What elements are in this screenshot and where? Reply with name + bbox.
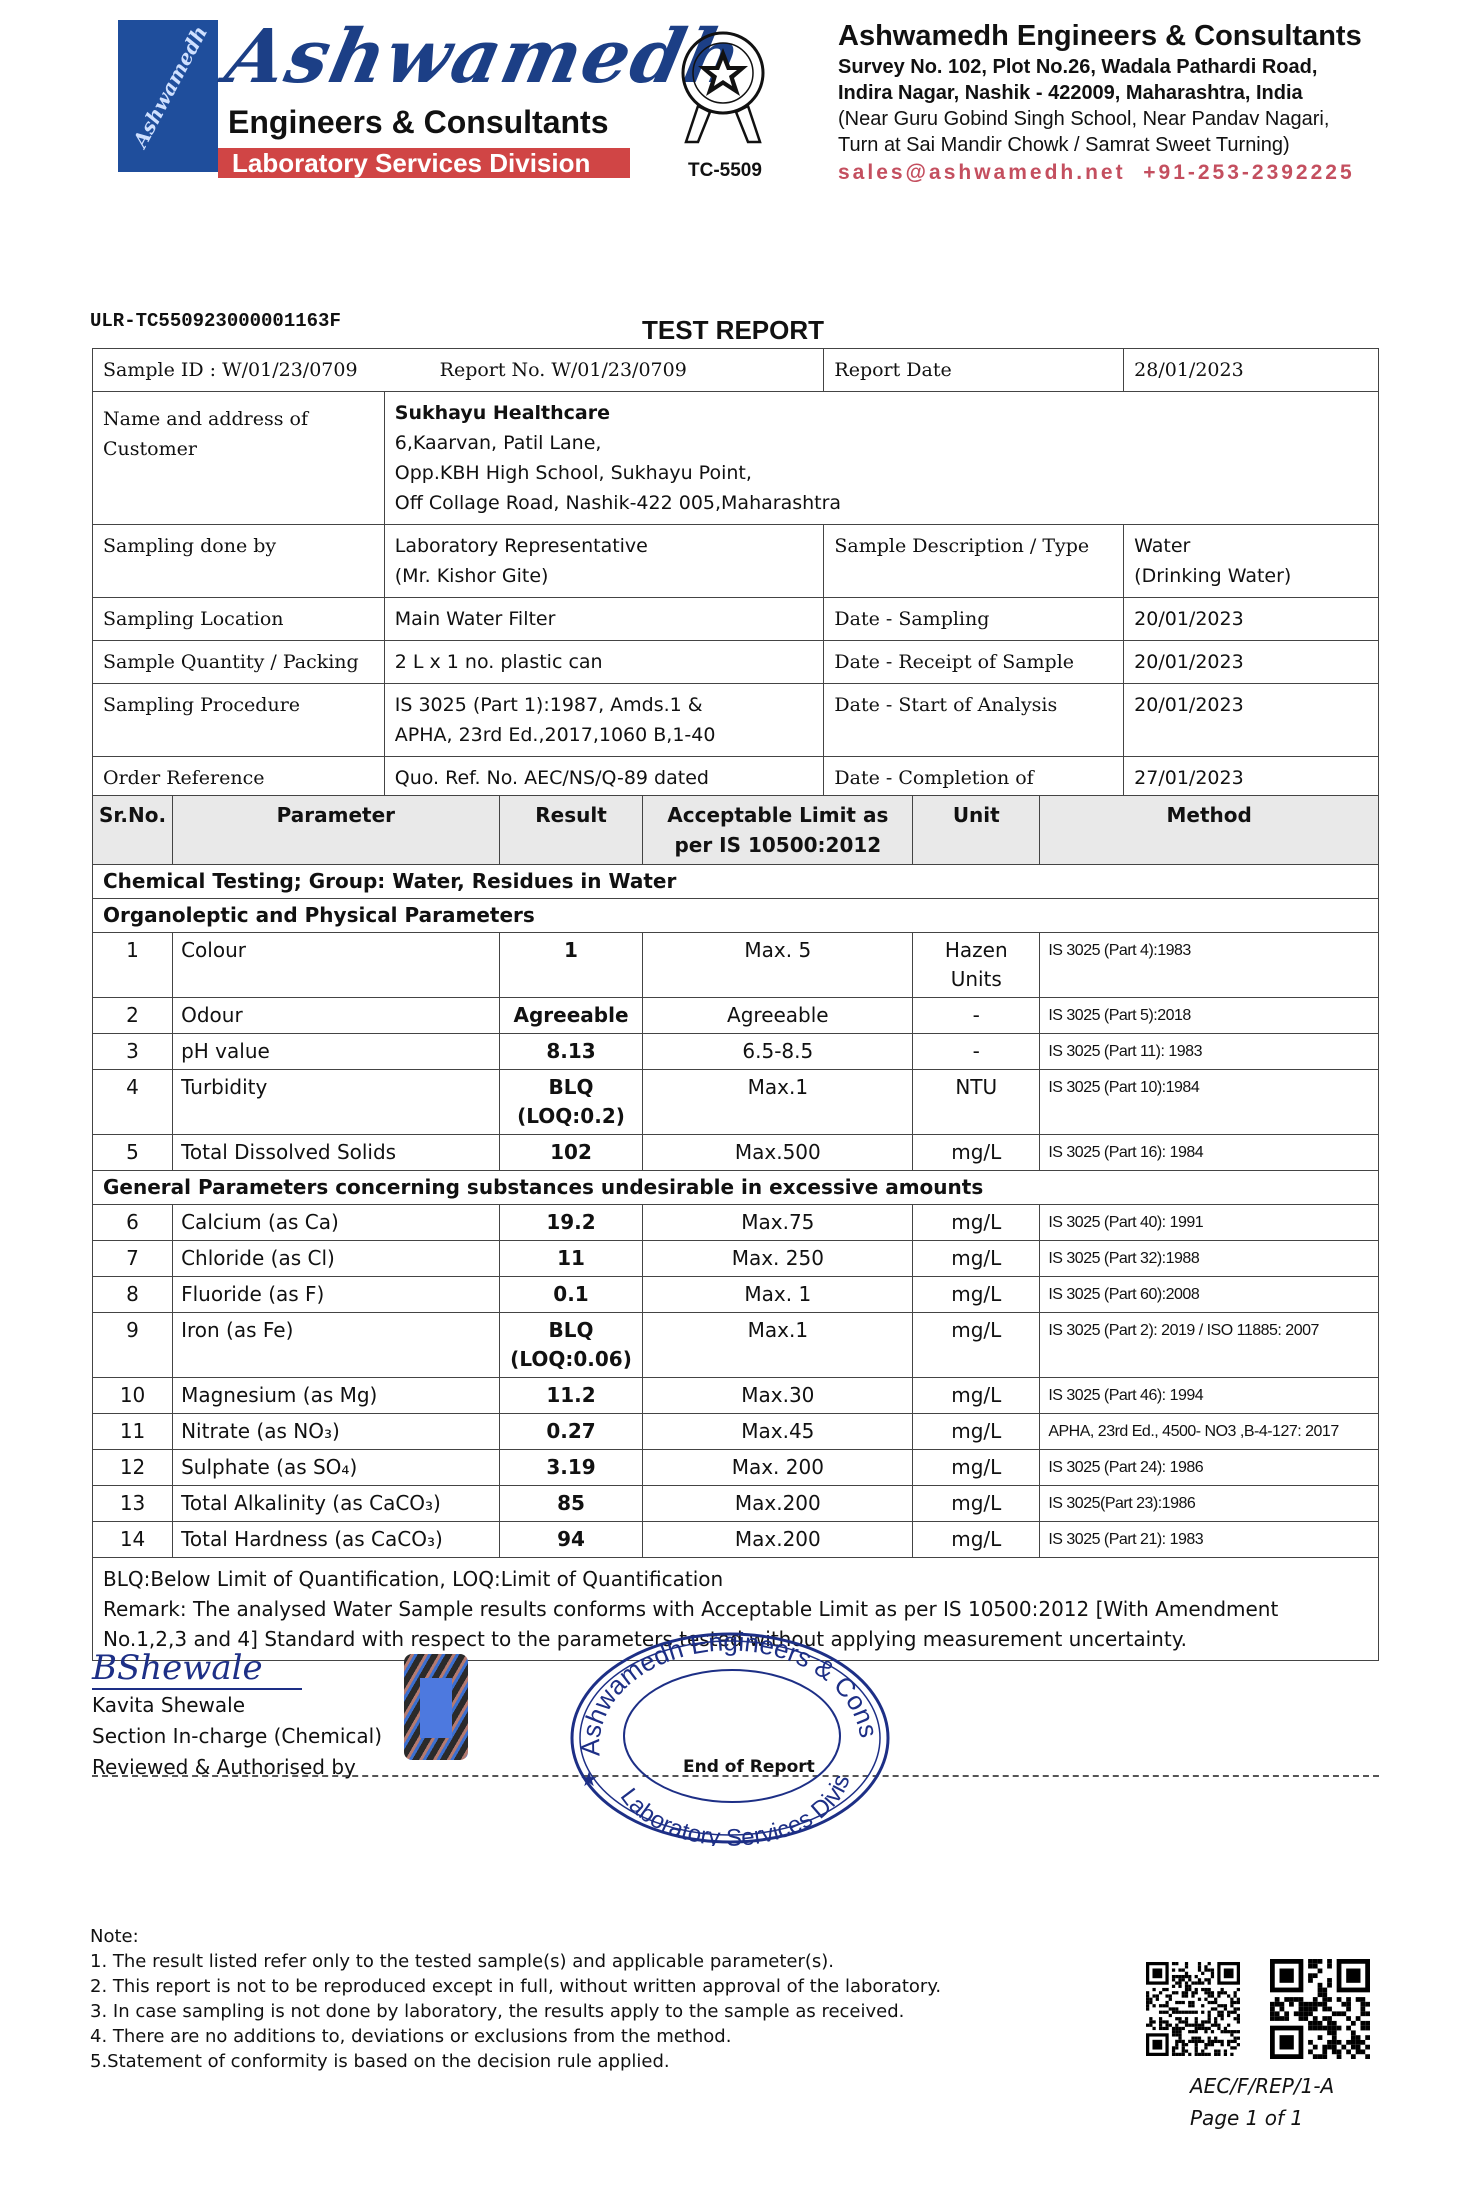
results-table: Sr.No. Parameter Result Acceptable Limit… (92, 795, 1379, 1661)
acceptable-limit: Max.500 (643, 1135, 913, 1171)
test-method: APHA, 23rd Ed., 4500- NO3 ,B-4-127: 2017 (1040, 1414, 1379, 1450)
qr-code-icon[interactable] (1146, 1962, 1240, 2056)
sampling-procedure: IS 3025 (Part 1):1987, Amds.1 & (395, 690, 814, 720)
table-row: 1Colour1Max. 5Hazen UnitsIS 3025 (Part 4… (93, 933, 1379, 998)
customer-address-line: Opp.KBH High School, Sukhayu Point, (395, 458, 1368, 488)
table-row: 5Total Dissolved Solids102Max.500mg/LIS … (93, 1135, 1379, 1171)
unit: mg/L (913, 1414, 1040, 1450)
logo-vertical-text: Ashwamedh (128, 22, 212, 151)
section-title: Organoleptic and Physical Parameters (93, 899, 1379, 933)
sr-no: 6 (93, 1205, 173, 1241)
sr-no: 4 (93, 1070, 173, 1135)
test-method: IS 3025 (Part 32):1988 (1040, 1241, 1379, 1277)
test-method: IS 3025 (Part 4):1983 (1040, 933, 1379, 998)
info-row: Sample ID : W/01/23/0709 Report No. W/01… (93, 349, 1379, 392)
table-row: 8Fluoride (as F)0.1Max. 1mg/LIS 3025 (Pa… (93, 1277, 1379, 1313)
test-method: IS 3025 (Part 5):2018 (1040, 998, 1379, 1034)
customer-address-line: 6,Kaarvan, Patil Lane, (395, 428, 1368, 458)
result-value: 11 (499, 1241, 643, 1277)
parameter-name: Chloride (as Cl) (173, 1241, 499, 1277)
test-method: IS 3025(Part 23):1986 (1040, 1486, 1379, 1522)
parameter-name: pH value (173, 1034, 499, 1070)
abbreviations-note: BLQ:Below Limit of Quantification, LOQ:L… (103, 1564, 1368, 1594)
signatory-name: Kavita Shewale (92, 1690, 382, 1721)
sr-no: 3 (93, 1034, 173, 1070)
brand-division-band: Laboratory Services Division (218, 148, 630, 178)
sr-no: 14 (93, 1522, 173, 1558)
notes-heading: Note: (90, 1924, 941, 1949)
order-reference: Quo. Ref. No. AEC/NS/Q-89 dated (395, 763, 814, 793)
date-sampling: 20/01/2023 (1124, 598, 1379, 641)
unit: mg/L (913, 1450, 1040, 1486)
sample-quantity: 2 L x 1 no. plastic can (384, 641, 824, 684)
note-item: 4. There are no additions to, deviations… (90, 2024, 941, 2049)
unit: mg/L (913, 1277, 1040, 1313)
sample-desc-label: Sample Description / Type (824, 525, 1124, 598)
acceptable-limit: Max. 200 (643, 1450, 913, 1486)
sample-type: Water (1134, 531, 1368, 561)
result-value: 102 (499, 1135, 643, 1171)
procedure-label: Sampling Procedure (93, 684, 385, 757)
hologram-sticker-icon (404, 1654, 468, 1760)
form-code: AEC/F/REP/1-A (1190, 2070, 1334, 2102)
unit: mg/L (913, 1135, 1040, 1171)
parameter-name: Total Hardness (as CaCO₃) (173, 1522, 499, 1558)
table-row: 9Iron (as Fe)BLQ(LOQ:0.06)Max.1mg/LIS 30… (93, 1313, 1379, 1378)
note-item: 1. The result listed refer only to the t… (90, 1949, 941, 1974)
result-value: 85 (499, 1486, 643, 1522)
sr-no: 11 (93, 1414, 173, 1450)
unit: mg/L (913, 1378, 1040, 1414)
parameter-name: Turbidity (173, 1070, 499, 1135)
table-row: 12Sulphate (as SO₄)3.19Max. 200mg/LIS 30… (93, 1450, 1379, 1486)
result-value: 0.27 (499, 1414, 643, 1450)
parameter-name: Odour (173, 998, 499, 1034)
acceptable-limit: Max.200 (643, 1486, 913, 1522)
table-row: 4TurbidityBLQ(LOQ:0.2)Max.1NTUIS 3025 (P… (93, 1070, 1379, 1135)
result-value: 94 (499, 1522, 643, 1558)
report-date-label: Report Date (824, 349, 1124, 392)
acceptable-limit: Agreeable (643, 998, 913, 1034)
sampling-by: Laboratory Representative (395, 531, 814, 561)
acceptable-limit: Max.200 (643, 1522, 913, 1558)
sample-id: Sample ID : W/01/23/0709 (103, 359, 358, 381)
end-of-report: End of Report (683, 1757, 815, 1777)
acceptable-limit: Max.30 (643, 1378, 913, 1414)
sr-no: 8 (93, 1277, 173, 1313)
result-value: Agreeable (499, 998, 643, 1034)
unit: mg/L (913, 1486, 1040, 1522)
section-title-row: Organoleptic and Physical Parameters (93, 899, 1379, 933)
sr-no: 12 (93, 1450, 173, 1486)
parameter-name: Iron (as Fe) (173, 1313, 499, 1378)
address-line: Indira Nagar, Nashik - 422009, Maharasht… (838, 80, 1438, 106)
section-title-row: General Parameters concerning substances… (93, 1171, 1379, 1205)
quantity-label: Sample Quantity / Packing (93, 641, 385, 684)
report-number: Report No. W/01/23/0709 (440, 359, 687, 381)
acceptable-limit: Max. 1 (643, 1277, 913, 1313)
test-method: IS 3025 (Part 2): 2019 / ISO 11885: 2007 (1040, 1313, 1379, 1378)
report-date: 28/01/2023 (1124, 349, 1379, 392)
customer-label: Name and address of Customer (93, 392, 385, 525)
test-method: IS 3025 (Part 10):1984 (1040, 1070, 1379, 1135)
signatory-role: Reviewed & Authorised by (92, 1752, 382, 1783)
note-item: 5.Statement of conformity is based on th… (90, 2049, 941, 2074)
results-header-row: Sr.No. Parameter Result Acceptable Limit… (93, 796, 1379, 865)
sample-type-detail: (Drinking Water) (1134, 561, 1368, 591)
unit: mg/L (913, 1205, 1040, 1241)
date-start: 20/01/2023 (1124, 684, 1379, 757)
acceptable-limit: Max.1 (643, 1070, 913, 1135)
customer-name: Sukhayu Healthcare (395, 398, 1368, 428)
note-item: 3. In case sampling is not done by labor… (90, 1999, 941, 2024)
result-value: 3.19 (499, 1450, 643, 1486)
info-row: Sample Quantity / Packing 2 L x 1 no. pl… (93, 641, 1379, 684)
parameter-name: Nitrate (as NO₃) (173, 1414, 499, 1450)
col-header-parameter: Parameter (173, 796, 499, 865)
address-line: (Near Guru Gobind Singh School, Near Pan… (838, 106, 1438, 132)
page-title: TEST REPORT (642, 315, 824, 346)
col-header-result: Result (499, 796, 643, 865)
signatory-designation: Section In-charge (Chemical) (92, 1721, 382, 1752)
brand-subtitle: Engineers & Consultants (228, 104, 609, 141)
table-row: 6Calcium (as Ca)19.2Max.75mg/LIS 3025 (P… (93, 1205, 1379, 1241)
table-row: 3pH value8.136.5-8.5-IS 3025 (Part 11): … (93, 1034, 1379, 1070)
col-header-unit: Unit (913, 796, 1040, 865)
company-stamp-icon: Ashwamedh Engineers & Consultants Labora… (560, 1626, 900, 1846)
unit: mg/L (913, 1313, 1040, 1378)
note-item: 2. This report is not to be reproduced e… (90, 1974, 941, 1999)
qr-code-icon[interactable] (1270, 1956, 1370, 2062)
customer-address-line: Off Collage Road, Nashik-422 005,Maharas… (395, 488, 1368, 518)
accreditation-code: TC-5509 (688, 160, 762, 182)
address-line: Survey No. 102, Plot No.26, Wadala Patha… (838, 54, 1438, 80)
date-receipt: 20/01/2023 (1124, 641, 1379, 684)
acceptable-limit: Max.45 (643, 1414, 913, 1450)
sampling-location: Main Water Filter (384, 598, 824, 641)
test-method: IS 3025 (Part 60):2008 (1040, 1277, 1379, 1313)
unit: Hazen Units (913, 933, 1040, 998)
sr-no: 7 (93, 1241, 173, 1277)
info-row: Sampling Procedure IS 3025 (Part 1):1987… (93, 684, 1379, 757)
company-logo-block: Ashwamedh (118, 20, 218, 172)
parameter-name: Sulphate (as SO₄) (173, 1450, 499, 1486)
location-label: Sampling Location (93, 598, 385, 641)
email-link[interactable]: sales@ashwamedh.net (838, 161, 1126, 184)
sr-no: 9 (93, 1313, 173, 1378)
result-value: 19.2 (499, 1205, 643, 1241)
svg-text:★: ★ (580, 1767, 598, 1791)
test-method: IS 3025 (Part 46): 1994 (1040, 1378, 1379, 1414)
col-header-method: Method (1040, 796, 1379, 865)
notes-block: Note: 1. The result listed refer only to… (90, 1924, 941, 2074)
result-value: 11.2 (499, 1378, 643, 1414)
info-row: Name and address of Customer Sukhayu Hea… (93, 392, 1379, 525)
parameter-name: Total Dissolved Solids (173, 1135, 499, 1171)
info-row: Sampling Location Main Water Filter Date… (93, 598, 1379, 641)
svg-text:Ashwamedh Engineers & Consulta: Ashwamedh Engineers & Consultants (560, 1626, 884, 1756)
result-value: BLQ(LOQ:0.2) (499, 1070, 643, 1135)
parameter-name: Magnesium (as Mg) (173, 1378, 499, 1414)
sampling-procedure: APHA, 23rd Ed.,2017,1060 B,1-40 (395, 720, 814, 750)
info-row: Sampling done by Laboratory Representati… (93, 525, 1379, 598)
signature-scribble: BShewale (92, 1648, 302, 1690)
sr-no: 10 (93, 1378, 173, 1414)
unit: - (913, 1034, 1040, 1070)
footer-block: AEC/F/REP/1-A Page 1 of 1 (1190, 2070, 1334, 2134)
sampling-by-person: (Mr. Kishor Gite) (395, 561, 814, 591)
date-receipt-label: Date - Receipt of Sample (824, 641, 1124, 684)
table-row: 14Total Hardness (as CaCO₃)94Max.200mg/L… (93, 1522, 1379, 1558)
result-value: 1 (499, 933, 643, 998)
acceptable-limit: Max.75 (643, 1205, 913, 1241)
company-address-block: Ashwamedh Engineers & Consultants Survey… (838, 18, 1438, 188)
parameter-name: Fluoride (as F) (173, 1277, 499, 1313)
accreditation-seal-icon (680, 30, 766, 150)
table-row: 10Magnesium (as Mg)11.2Max.30mg/LIS 3025… (93, 1378, 1379, 1414)
test-method: IS 3025 (Part 21): 1983 (1040, 1522, 1379, 1558)
section-title: General Parameters concerning substances… (93, 1171, 1379, 1205)
col-header-limit: Acceptable Limit as per IS 10500:2012 (643, 796, 913, 865)
ulr-number: ULR-TC550923000001163F (90, 310, 341, 332)
unit: mg/L (913, 1522, 1040, 1558)
sample-info-table: Sample ID : W/01/23/0709 Report No. W/01… (92, 348, 1379, 830)
date-sampling-label: Date - Sampling (824, 598, 1124, 641)
customer-details: Sukhayu Healthcare 6,Kaarvan, Patil Lane… (384, 392, 1378, 525)
acceptable-limit: Max.1 (643, 1313, 913, 1378)
unit: - (913, 998, 1040, 1034)
parameter-name: Calcium (as Ca) (173, 1205, 499, 1241)
company-name: Ashwamedh Engineers & Consultants (838, 18, 1438, 54)
signature-block: BShewale Kavita Shewale Section In-charg… (92, 1648, 382, 1783)
address-line: Turn at Sai Mandir Chowk / Samrat Sweet … (838, 132, 1438, 158)
result-value: 8.13 (499, 1034, 643, 1070)
group-title: Chemical Testing; Group: Water, Residues… (93, 865, 1379, 899)
col-header-srno: Sr.No. (93, 796, 173, 865)
table-row: 13Total Alkalinity (as CaCO₃)85Max.200mg… (93, 1486, 1379, 1522)
test-method: IS 3025 (Part 16): 1984 (1040, 1135, 1379, 1171)
phone-number: +91-253-2392225 (1143, 161, 1354, 184)
sr-no: 1 (93, 933, 173, 998)
table-row: 7Chloride (as Cl)11Max. 250mg/LIS 3025 (… (93, 1241, 1379, 1277)
acceptable-limit: Max. 5 (643, 933, 913, 998)
group-title-row: Chemical Testing; Group: Water, Residues… (93, 865, 1379, 899)
brand-name: Ashwamedh (219, 14, 751, 100)
sr-no: 13 (93, 1486, 173, 1522)
table-row: 2OdourAgreeableAgreeable-IS 3025 (Part 5… (93, 998, 1379, 1034)
test-method: IS 3025 (Part 11): 1983 (1040, 1034, 1379, 1070)
test-method: IS 3025 (Part 40): 1991 (1040, 1205, 1379, 1241)
unit: NTU (913, 1070, 1040, 1135)
unit: mg/L (913, 1241, 1040, 1277)
table-row: 11Nitrate (as NO₃)0.27Max.45mg/LAPHA, 23… (93, 1414, 1379, 1450)
sr-no: 2 (93, 998, 173, 1034)
date-start-label: Date - Start of Analysis (824, 684, 1124, 757)
test-method: IS 3025 (Part 24): 1986 (1040, 1450, 1379, 1486)
parameter-name: Colour (173, 933, 499, 998)
result-value: 0.1 (499, 1277, 643, 1313)
parameter-name: Total Alkalinity (as CaCO₃) (173, 1486, 499, 1522)
acceptable-limit: 6.5-8.5 (643, 1034, 913, 1070)
result-value: BLQ(LOQ:0.06) (499, 1313, 643, 1378)
page-number: Page 1 of 1 (1190, 2102, 1334, 2134)
contact-line: sales@ashwamedh.net +91-253-2392225 (838, 158, 1438, 188)
sr-no: 5 (93, 1135, 173, 1171)
acceptable-limit: Max. 250 (643, 1241, 913, 1277)
sampling-by-label: Sampling done by (93, 525, 385, 598)
